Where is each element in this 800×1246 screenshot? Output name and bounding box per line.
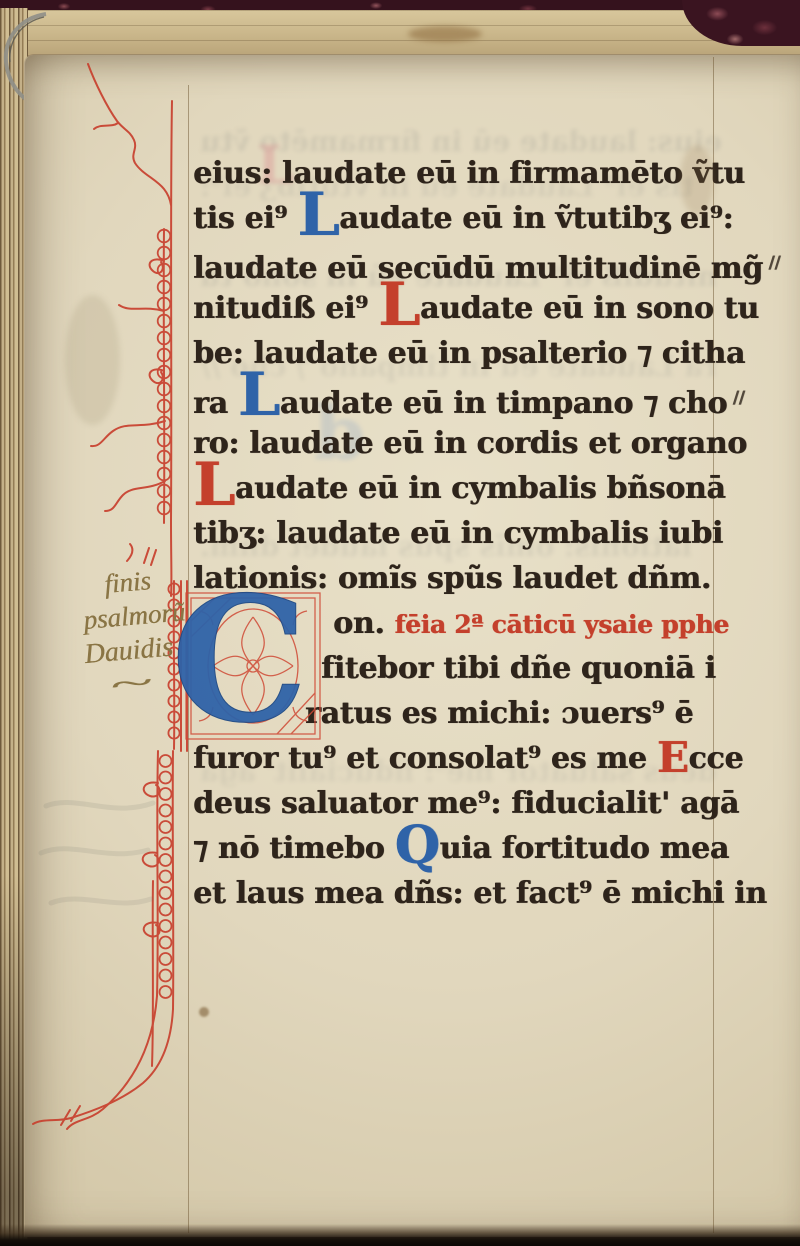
manuscript-line: tibʒ: laudate eū in cymbalis iubi: [193, 511, 719, 556]
body-text: audate eū in sono tu: [420, 291, 759, 326]
manuscript-line: eius: laudate eū in firmamēto ṽtu: [193, 151, 719, 196]
body-text: ra: [193, 386, 238, 421]
body-text: uia fortitudo mea: [440, 831, 729, 866]
stain-dot: [199, 1007, 209, 1017]
body-text: ⁊ nō timebo: [193, 831, 395, 866]
body-text: tibʒ: laudate eū in cymbalis iubi: [193, 516, 723, 551]
stain-soft: [65, 295, 120, 425]
body-text: cce: [688, 741, 743, 776]
body-text: on.: [333, 606, 395, 641]
margin-annotation: finis psalmorũ Dauidis ~: [17, 48, 204, 262]
body-text: eius: laudate eū in firmamēto ṽtu: [193, 156, 745, 191]
manuscript-line: et laus mea dñs: et fact⁹ ē michi in: [193, 871, 719, 916]
stain-soft: [680, 145, 714, 215]
manuscript-line: tis ei⁹ Laudate eū in ṽtutibʒ ei⁹:: [193, 196, 719, 241]
manuscript-photo: eius: laudate eū in firmamēto ṽtutis ei⁹…: [0, 0, 800, 1246]
body-text: deus saluator me⁹: fiducialit' agā: [193, 786, 739, 821]
manuscript-line: nitudiß ei⁹ Laudate eū in sono tu: [193, 286, 719, 331]
rubric-text: fēia 2ª cāticū ysaie pphe: [395, 610, 729, 639]
inline-initial: L: [378, 285, 420, 325]
body-text: ratus es michi: ɔuers⁹ ē: [305, 696, 693, 731]
body-text: audate eū in timpano ⁊ cho: [280, 386, 727, 421]
manuscript-line: ⁊ nō timebo Quia fortitudo mea: [193, 826, 719, 871]
manuscript-line: deus saluator me⁹: fiducialit' agā: [193, 781, 719, 826]
inline-initial: L: [193, 465, 235, 505]
inline-initial: E: [657, 738, 689, 778]
body-text: ro: laudate eū in cordis et organo: [193, 426, 747, 461]
margin-note-flourish: ~: [109, 665, 154, 703]
body-text: nitudiß ei⁹: [193, 291, 378, 326]
stain-top: [408, 26, 482, 42]
body-text: tis ei⁹: [193, 201, 297, 236]
manuscript-line: Laudate eū in cymbalis bñsonā: [193, 466, 719, 511]
margin-note-line: finis: [103, 565, 152, 600]
parchment-page: eius: laudate eū in firmamēto ṽtutis ei⁹…: [24, 54, 800, 1237]
body-text: audate eū in cymbalis bñsonā: [235, 471, 726, 506]
text-block: eius: laudate eū in firmamēto ṽtutis ei⁹…: [193, 151, 719, 916]
inline-initial: Q: [395, 826, 440, 866]
body-text: laudate eū secūdū multitudinē mg̃: [193, 251, 763, 286]
initial-letter: C: [171, 558, 308, 761]
body-text: ∕∕: [727, 388, 744, 408]
manuscript-line: ra Laudate eū in timpano ⁊ cho ∕∕: [193, 376, 719, 421]
body-text: ∕∕: [763, 253, 780, 273]
inline-initial: L: [238, 375, 280, 415]
bleedthrough-scribbles: [41, 803, 153, 903]
inline-initial: L: [297, 195, 339, 235]
body-text: fitebor tibi dñe quoniā i: [321, 651, 716, 686]
body-text: et laus mea dñs: et fact⁹ ē michi in: [193, 876, 767, 911]
body-text: audate eū in ṽtutibʒ ei⁹:: [339, 201, 733, 236]
page-bottom-shadow: [0, 1224, 800, 1246]
illuminated-initial-c: C: [183, 589, 323, 743]
manuscript-line: laudate eū secūdū multitudinē mg̃ ∕∕: [193, 241, 719, 286]
